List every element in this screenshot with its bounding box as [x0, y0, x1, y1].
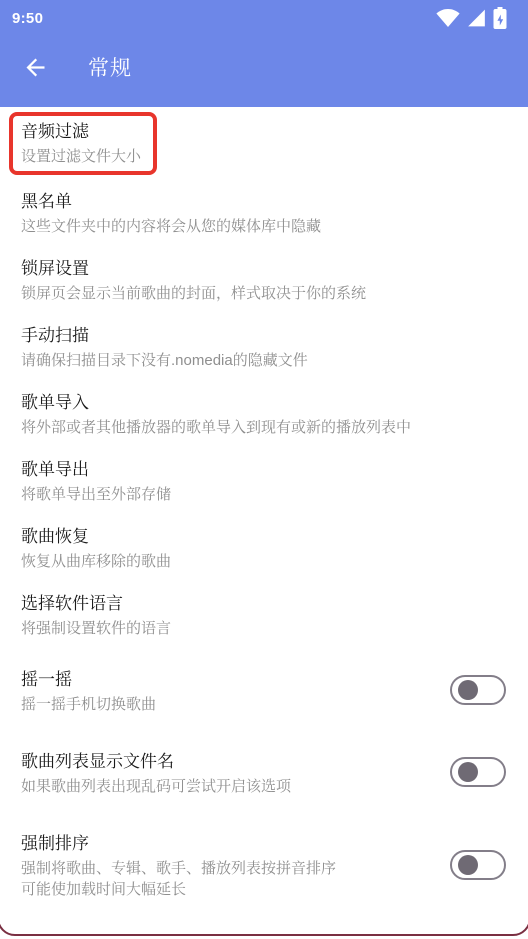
setting-text: 音频过滤 设置过滤文件大小: [9, 112, 157, 175]
status-time: 9:50: [12, 7, 43, 27]
setting-subtitle: 请确保扫描目录下没有.nomedia的隐藏文件: [21, 350, 494, 371]
setting-item-shake-to-switch[interactable]: 摇一摇 摇一摇手机切换歌曲: [21, 665, 506, 715]
toggle-thumb: [458, 680, 478, 700]
setting-title: 歌曲恢复: [21, 522, 494, 551]
wifi-icon: [436, 8, 460, 28]
setting-subtitle: 将强制设置软件的语言: [21, 618, 494, 639]
setting-item-playlist-import[interactable]: 歌单导入 将外部或者其他播放器的歌单导入到现有或新的播放列表中: [21, 388, 506, 438]
setting-subtitle: 恢复从曲库移除的歌曲: [21, 551, 494, 572]
setting-subtitle: 如果歌曲列表出现乱码可尝试开启该选项: [21, 776, 438, 797]
setting-item-blacklist[interactable]: 黑名单 这些文件夹中的内容将会从您的媒体库中隐藏: [21, 187, 506, 237]
setting-title: 黑名单: [21, 187, 494, 216]
setting-item-audio-filter[interactable]: 音频过滤 设置过滤文件大小: [21, 112, 506, 175]
setting-text: 歌曲恢复 恢复从曲库移除的歌曲: [21, 522, 506, 572]
setting-item-playlist-export[interactable]: 歌单导出 将歌单导出至外部存储: [21, 455, 506, 505]
setting-text: 黑名单 这些文件夹中的内容将会从您的媒体库中隐藏: [21, 187, 506, 237]
toggle-thumb: [458, 855, 478, 875]
setting-title: 音频过滤: [21, 117, 141, 146]
setting-text: 歌单导入 将外部或者其他播放器的歌单导入到现有或新的播放列表中: [21, 388, 506, 438]
toolbar: 常规: [0, 33, 528, 107]
status-icons: [436, 4, 507, 29]
battery-charging-icon: [493, 7, 507, 29]
setting-text: 手动扫描 请确保扫描目录下没有.nomedia的隐藏文件: [21, 321, 506, 371]
setting-item-manual-scan[interactable]: 手动扫描 请确保扫描目录下没有.nomedia的隐藏文件: [21, 321, 506, 371]
app-header: 9:50 常规: [0, 0, 528, 107]
setting-text: 选择软件语言 将强制设置软件的语言: [21, 589, 506, 639]
setting-title: 手动扫描: [21, 321, 494, 350]
back-button[interactable]: [22, 47, 62, 87]
setting-item-lockscreen[interactable]: 锁屏设置 锁屏页会显示当前歌曲的封面，样式取决于你的系统: [21, 254, 506, 304]
setting-text: 歌单导出 将歌单导出至外部存储: [21, 455, 506, 505]
setting-subtitle: 摇一摇手机切换歌曲: [21, 694, 438, 715]
setting-title: 歌单导出: [21, 455, 494, 484]
toggle-thumb: [458, 762, 478, 782]
settings-list: 音频过滤 设置过滤文件大小 黑名单 这些文件夹中的内容将会从您的媒体库中隐藏 锁…: [0, 112, 528, 900]
setting-title: 歌曲列表显示文件名: [21, 747, 438, 776]
setting-item-app-language[interactable]: 选择软件语言 将强制设置软件的语言: [21, 589, 506, 639]
cellular-signal-icon: [466, 8, 487, 28]
setting-text: 强制排序 强制将歌曲、专辑、歌手、播放列表按拼音排序 可能使加载时间大幅延长: [21, 829, 450, 900]
setting-subtitle: 将歌单导出至外部存储: [21, 484, 494, 505]
setting-text: 摇一摇 摇一摇手机切换歌曲: [21, 665, 450, 715]
setting-item-song-restore[interactable]: 歌曲恢复 恢复从曲库移除的歌曲: [21, 522, 506, 572]
setting-subtitle: 这些文件夹中的内容将会从您的媒体库中隐藏: [21, 216, 494, 237]
setting-title: 选择软件语言: [21, 589, 494, 618]
setting-subtitle: 强制将歌曲、专辑、歌手、播放列表按拼音排序 可能使加载时间大幅延长: [21, 858, 438, 900]
status-bar: 9:50: [0, 0, 528, 33]
setting-subtitle: 设置过滤文件大小: [21, 146, 141, 167]
setting-title: 摇一摇: [21, 665, 438, 694]
setting-subtitle: 将外部或者其他播放器的歌单导入到现有或新的播放列表中: [21, 417, 494, 438]
toggle-switch-shake-to-switch[interactable]: [450, 675, 506, 705]
page-title: 常规: [88, 52, 132, 82]
setting-text: 锁屏设置 锁屏页会显示当前歌曲的封面，样式取决于你的系统: [21, 254, 506, 304]
setting-text: 歌曲列表显示文件名 如果歌曲列表出现乱码可尝试开启该选项: [21, 747, 450, 797]
setting-item-force-sort[interactable]: 强制排序 强制将歌曲、专辑、歌手、播放列表按拼音排序 可能使加载时间大幅延长: [21, 829, 506, 900]
back-arrow-icon: [22, 54, 49, 81]
setting-title: 歌单导入: [21, 388, 494, 417]
setting-subtitle: 锁屏页会显示当前歌曲的封面，样式取决于你的系统: [21, 283, 494, 304]
setting-item-show-filename[interactable]: 歌曲列表显示文件名 如果歌曲列表出现乱码可尝试开启该选项: [21, 747, 506, 797]
setting-title: 锁屏设置: [21, 254, 494, 283]
setting-title: 强制排序: [21, 829, 438, 858]
toggle-switch-show-filename[interactable]: [450, 757, 506, 787]
toggle-switch-force-sort[interactable]: [450, 850, 506, 880]
